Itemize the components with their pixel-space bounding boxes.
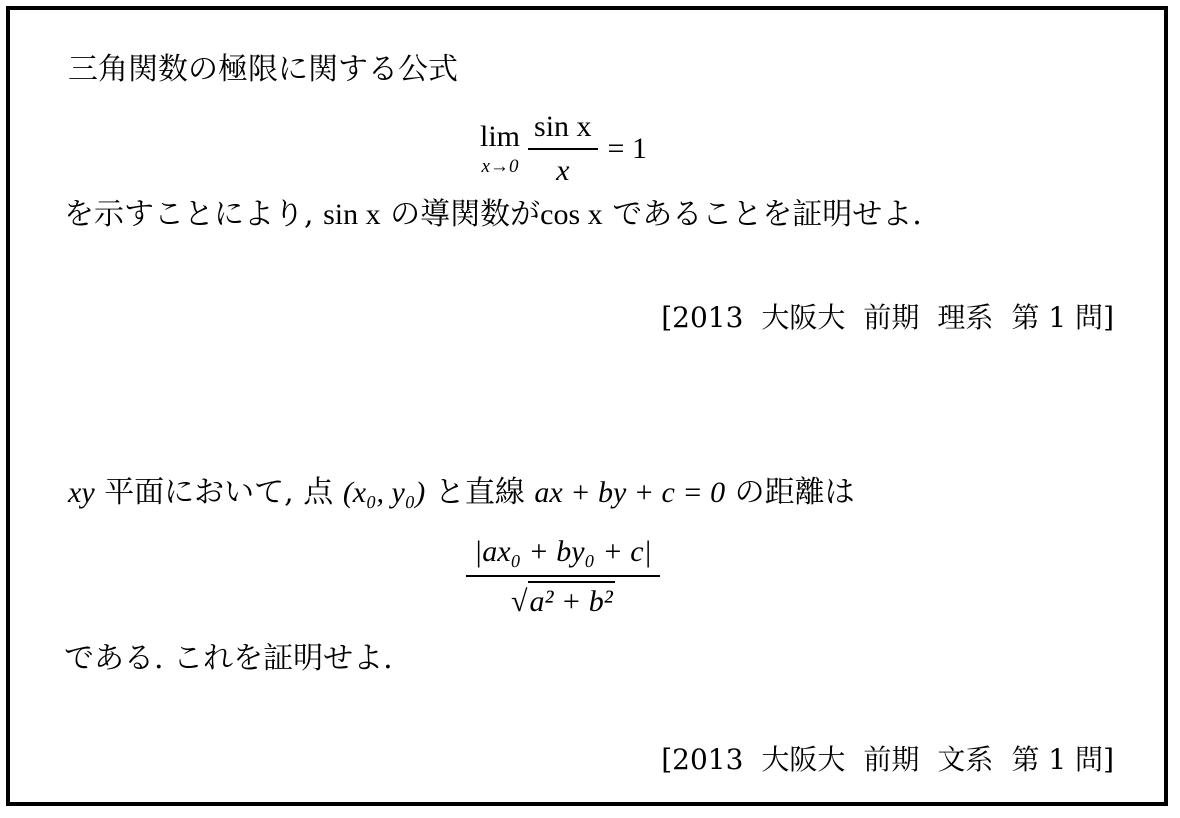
problem2-source: [2013大阪大前期文系第 1 問] bbox=[661, 738, 1114, 778]
problem1-statement: を示すことにより, sin x の導関数がcos x であることを証明せよ. bbox=[64, 200, 922, 230]
math-line-equation: ax + by + c = 0 bbox=[534, 476, 725, 509]
math-sin-x: sin x bbox=[323, 198, 381, 231]
problem1-source: [2013大阪大前期理系第 1 問] bbox=[661, 296, 1114, 336]
problem2-statement: である. これを証明せよ. bbox=[64, 644, 393, 674]
problem2-distance-formula: |ax₀ + by₀ + c| √a² + b² bbox=[466, 535, 660, 619]
problem2-intro: xy 平面において, 点 (x₀, y₀) と直線 ax + by + c = … bbox=[68, 478, 855, 508]
square-root: √a² + b² bbox=[511, 581, 615, 619]
limit-operator: lim x→0 bbox=[480, 120, 520, 178]
math-cos-x: cos x bbox=[540, 198, 603, 231]
fraction: sin x x bbox=[528, 110, 598, 188]
problem1-limit-formula: lim x→0 sin x x = 1 bbox=[480, 110, 647, 188]
problem1-intro: 三角関数の極限に関する公式 bbox=[68, 55, 458, 85]
fraction: |ax₀ + by₀ + c| √a² + b² bbox=[466, 535, 660, 619]
math-point: (x₀, y₀) bbox=[343, 476, 425, 509]
